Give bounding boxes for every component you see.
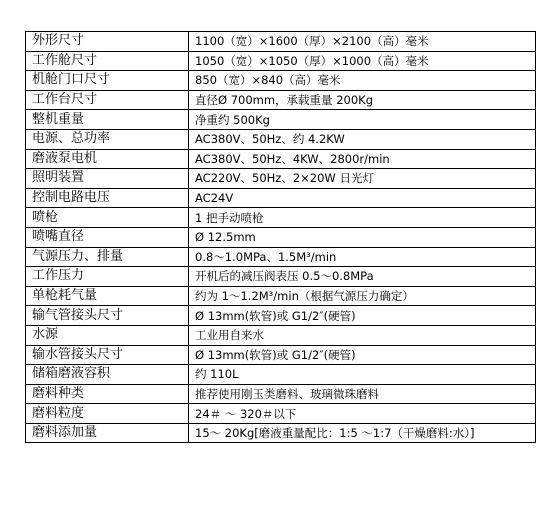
table-row: 储箱磨液容积约 110L	[26, 365, 536, 385]
spec-value: 约 110L	[189, 365, 536, 385]
table-row: 电源、总功率AC380V、50Hz、约 4.2KW	[26, 129, 536, 149]
table-row: 磨液泵电机AC380V、50Hz、4KW、2800r/min	[26, 149, 536, 169]
table-row: 工作压力开机后的减压阀表压 0.5～0.8MPa	[26, 267, 536, 287]
spec-value: AC380V、50Hz、4KW、2800r/min	[189, 149, 536, 169]
table-row: 输水管接头尺寸Ø 13mm(软管)或 G1/2″(硬管)	[26, 345, 536, 365]
spec-label: 工作压力	[26, 267, 189, 287]
spec-value: Ø 13mm(软管)或 G1/2″(硬管)	[189, 345, 536, 365]
spec-table: 外形尺寸1100（宽）×1600（厚）×2100（高）毫米 工作舱尺寸1050（…	[25, 31, 536, 443]
table-row: 水源工业用自来水	[26, 325, 536, 345]
spec-label: 水源	[26, 325, 189, 345]
spec-value: 0.8～1.0MPa、1.5M³/min	[189, 247, 536, 267]
table-row: 磨料种类推荐使用刚玉类磨料、玻璃微珠磨料	[26, 384, 536, 404]
spec-label: 工作舱尺寸	[26, 51, 189, 71]
spec-value: 直径Ø 700mm，承载重量 200Kg	[189, 90, 536, 110]
spec-value: AC220V、50Hz、2×20W 日光灯	[189, 169, 536, 189]
spec-label: 喷嘴直径	[26, 227, 189, 247]
table-row: 整机重量净重约 500Kg	[26, 110, 536, 130]
spec-label: 电源、总功率	[26, 129, 189, 149]
spec-label: 单枪耗气量	[26, 286, 189, 306]
spec-label: 机舱门口尺寸	[26, 71, 189, 91]
table-row: 照明装置AC220V、50Hz、2×20W 日光灯	[26, 169, 536, 189]
spec-label: 喷枪	[26, 208, 189, 228]
spec-value: 净重约 500Kg	[189, 110, 536, 130]
spec-value: 工业用自来水	[189, 325, 536, 345]
spec-label: 磨液泵电机	[26, 149, 189, 169]
table-row: 工作舱尺寸1050（宽）×1050（厚）×1000（高）毫米	[26, 51, 536, 71]
spec-label: 工作台尺寸	[26, 90, 189, 110]
spec-label: 气源压力、排量	[26, 247, 189, 267]
spec-value: 开机后的减压阀表压 0.5～0.8MPa	[189, 267, 536, 287]
spec-label: 磨料添加量	[26, 423, 189, 443]
table-row: 磨料粒度24＃ ～ 320＃以下	[26, 404, 536, 424]
table-row: 机舱门口尺寸850（宽）×840（高）毫米	[26, 71, 536, 91]
spec-table-body: 外形尺寸1100（宽）×1600（厚）×2100（高）毫米 工作舱尺寸1050（…	[26, 32, 536, 443]
spec-value: 约为 1～1.2M³/min（根据气源压力确定）	[189, 286, 536, 306]
table-row: 气源压力、排量0.8～1.0MPa、1.5M³/min	[26, 247, 536, 267]
table-row: 磨料添加量15～ 20Kg[磨液重量配比：1:5 ～1:7（干燥磨料:水）]	[26, 423, 536, 443]
spec-label: 输气管接头尺寸	[26, 306, 189, 326]
spec-value: 15～ 20Kg[磨液重量配比：1:5 ～1:7（干燥磨料:水）]	[189, 423, 536, 443]
spec-value: 1050（宽）×1050（厚）×1000（高）毫米	[189, 51, 536, 71]
spec-value: Ø 13mm(软管)或 G1/2″(硬管)	[189, 306, 536, 326]
spec-label: 照明装置	[26, 169, 189, 189]
spec-label: 输水管接头尺寸	[26, 345, 189, 365]
spec-label: 磨料粒度	[26, 404, 189, 424]
spec-value: Ø 12.5mm	[189, 227, 536, 247]
spec-label: 控制电路电压	[26, 188, 189, 208]
table-row: 外形尺寸1100（宽）×1600（厚）×2100（高）毫米	[26, 32, 536, 52]
table-row: 输气管接头尺寸Ø 13mm(软管)或 G1/2″(硬管)	[26, 306, 536, 326]
spec-value: AC24V	[189, 188, 536, 208]
table-row: 工作台尺寸直径Ø 700mm，承载重量 200Kg	[26, 90, 536, 110]
spec-value: 1 把手动喷枪	[189, 208, 536, 228]
spec-value: 1100（宽）×1600（厚）×2100（高）毫米	[189, 32, 536, 52]
table-row: 单枪耗气量约为 1～1.2M³/min（根据气源压力确定）	[26, 286, 536, 306]
spec-label: 外形尺寸	[26, 32, 189, 52]
spec-label: 整机重量	[26, 110, 189, 130]
spec-value: 850（宽）×840（高）毫米	[189, 71, 536, 91]
spec-label: 储箱磨液容积	[26, 365, 189, 385]
table-row: 喷枪1 把手动喷枪	[26, 208, 536, 228]
spec-value: AC380V、50Hz、约 4.2KW	[189, 129, 536, 149]
spec-value: 推荐使用刚玉类磨料、玻璃微珠磨料	[189, 384, 536, 404]
table-row: 控制电路电压AC24V	[26, 188, 536, 208]
spec-value: 24＃ ～ 320＃以下	[189, 404, 536, 424]
spec-label: 磨料种类	[26, 384, 189, 404]
table-row: 喷嘴直径Ø 12.5mm	[26, 227, 536, 247]
